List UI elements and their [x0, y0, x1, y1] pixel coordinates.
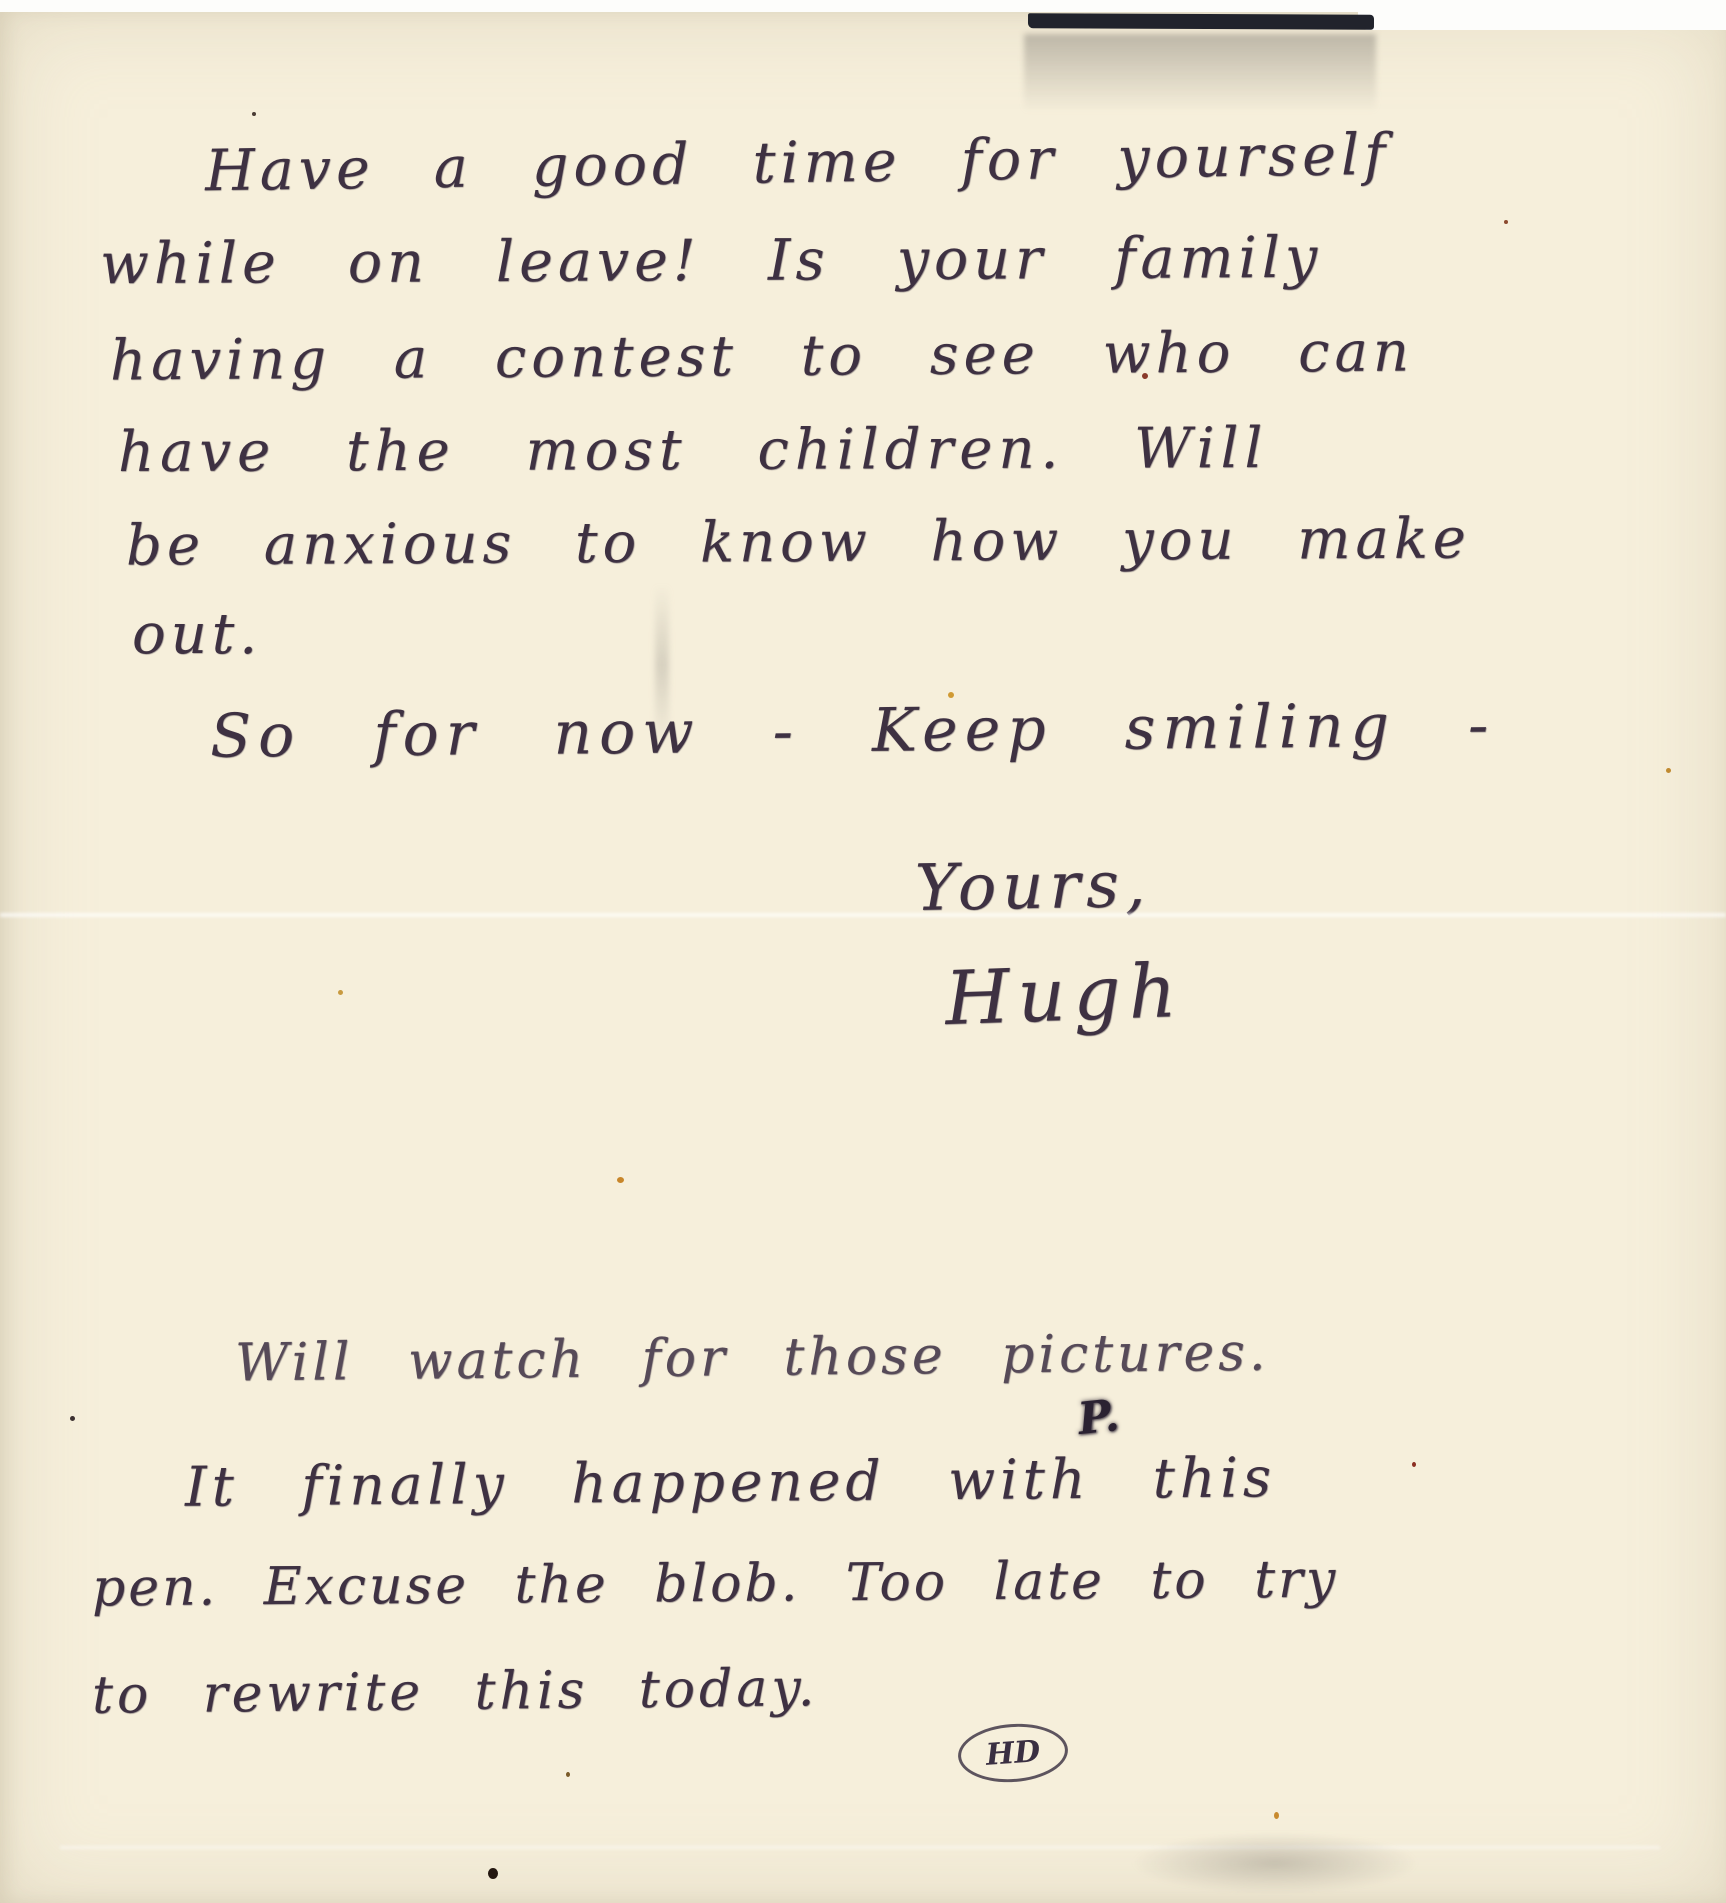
initials-text: HD	[985, 1734, 1042, 1773]
postscript-line: to rewrite this today.	[92, 1658, 819, 1726]
ink-blot-mark: P.	[1075, 1390, 1121, 1445]
scanner-streak	[655, 585, 669, 745]
letter-line: have the most children. Will	[118, 416, 1269, 485]
circled-initials-mark: HD	[956, 1720, 1070, 1786]
paper-speck	[617, 1177, 624, 1183]
paper-speck	[948, 692, 954, 698]
paper-speck	[338, 990, 343, 995]
scanned-letter: Have a good time for yourself while on l…	[0, 0, 1726, 1903]
paper-speck	[70, 1416, 75, 1421]
letter-line: out.	[132, 602, 262, 667]
postscript-line: pen. Excuse the blob. Too late to try	[92, 1550, 1339, 1619]
letter-line: So for now - Keep smiling -	[210, 690, 1496, 771]
postscript-line: It finally happened with this	[185, 1445, 1277, 1519]
scan-edge-top-right	[1358, 0, 1726, 30]
paper-speck	[566, 1772, 570, 1777]
fold-crease	[0, 913, 1726, 917]
postscript-line: Will watch for those pictures.	[235, 1323, 1270, 1394]
fold-crease	[60, 1846, 1660, 1849]
paper-speck	[1142, 373, 1148, 379]
paper-speck	[1274, 1812, 1279, 1819]
top-edge-smudge	[1024, 34, 1376, 112]
paper-speck	[252, 112, 256, 116]
letter-line: be anxious to know how you make	[126, 506, 1471, 578]
signature: Hugh	[944, 948, 1186, 1042]
letter-page: Have a good time for yourself while on l…	[0, 10, 1726, 1903]
letter-line: while on leave! Is your family	[100, 225, 1322, 297]
paper-speck	[488, 1868, 498, 1879]
paper-speck	[1666, 768, 1671, 773]
paper-speck	[1412, 1462, 1416, 1467]
bottom-edge-smudge	[1130, 1832, 1420, 1894]
paper-speck	[1504, 220, 1508, 224]
top-edge-stain	[1028, 13, 1374, 30]
letter-line: having a contest to see who can	[110, 319, 1414, 393]
letter-line: Have a good time for yourself	[205, 122, 1391, 205]
